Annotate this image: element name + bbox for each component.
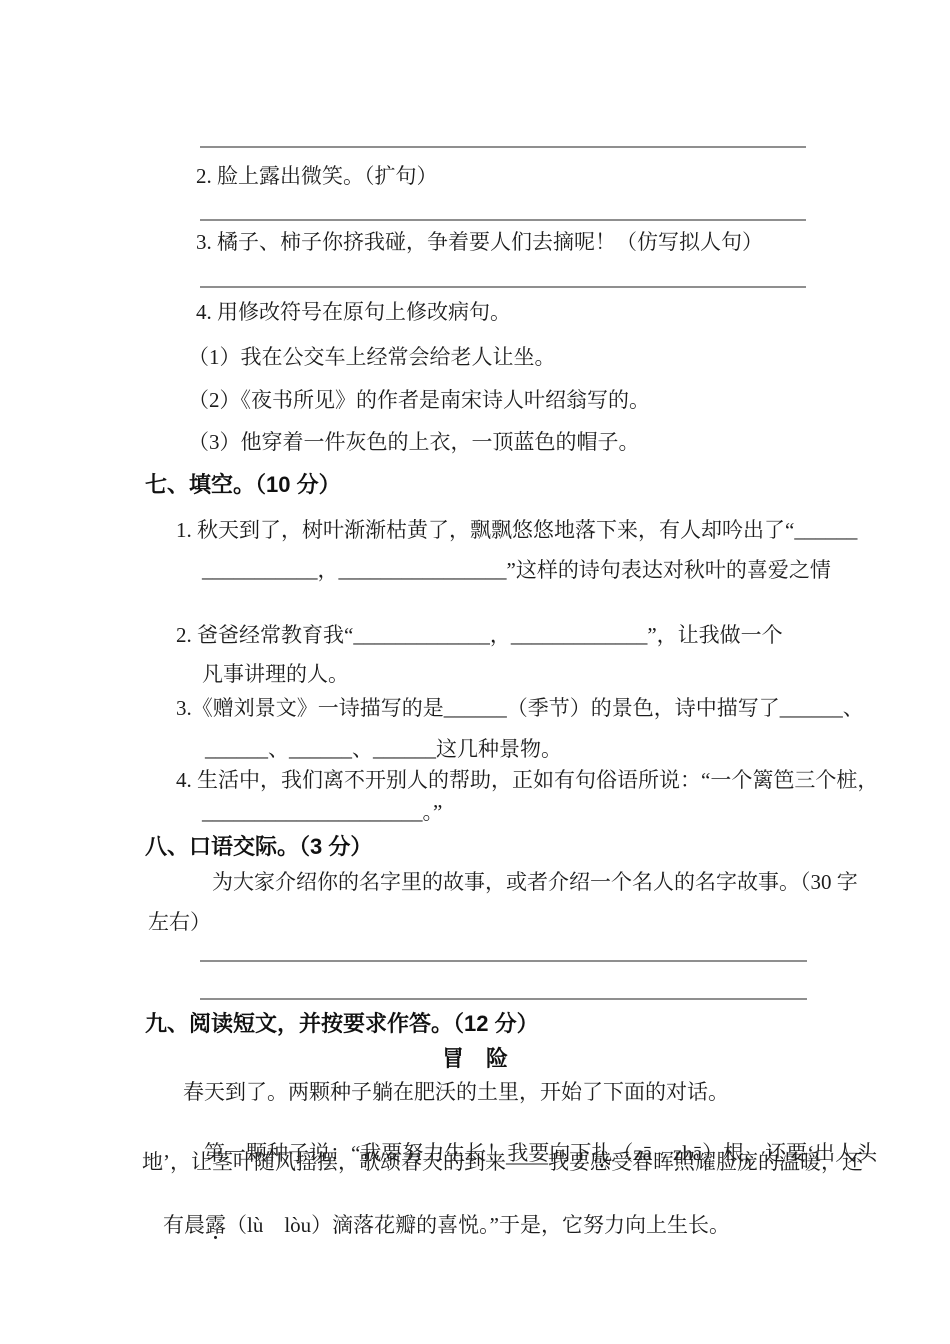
s7-item4-line1: 4. 生活中，我们离不开别人的帮助，正如有句俗语所说：“一个篱笆三个桩， [176, 767, 878, 793]
question-2-expand-sentence: 2. 脸上露出微笑。（扩句） [196, 163, 438, 189]
s7-item2-line2: 凡事讲理的人。 [202, 661, 349, 687]
answer-line [200, 146, 806, 148]
answer-line [200, 286, 806, 288]
s7-item4-line2: _____________________。” [202, 799, 442, 825]
answer-line [200, 998, 807, 1000]
s7-item2-line1: 2. 爸爸经常教育我“_____________，_____________”，… [176, 622, 783, 648]
p2-l3-pinyin-and-text: （lù lòu）滴落花瓣的喜悦。”于是，它努力向上生长。 [226, 1213, 730, 1237]
answer-line [200, 960, 807, 962]
passage-title: 冒 险 [0, 1046, 950, 1072]
exam-paper-page: 2. 脸上露出微笑。（扩句） 3. 橘子、柿子你挤我碰，争着要人们去摘呢！（仿写… [0, 0, 950, 1344]
question-4-sub-2: （2）《夜书所见》的作者是南宋诗人叶绍翁写的。 [188, 387, 650, 413]
section-7-heading: 七、填空。（10 分） [145, 472, 341, 498]
p2-l3-emphasized-char: 露 [205, 1212, 226, 1238]
s8-paragraph-line2: 左右） [148, 909, 211, 935]
s7-item3-line1: 3.《赠刘景文》一诗描写的是______（季节）的景色，诗中描写了______、 [176, 695, 864, 721]
s8-paragraph-line1: 为大家介绍你的名字里的故事，或者介绍一个名人的名字故事。（30 字 [212, 869, 858, 895]
s7-item1-line1: 1. 秋天到了，树叶渐渐枯黄了，飘飘悠悠地落下来，有人却吟出了“______ [176, 517, 857, 543]
question-4-correct-sentences: 4. 用修改符号在原句上修改病句。 [196, 299, 511, 325]
question-3-personification: 3. 橘子、柿子你挤我碰，争着要人们去摘呢！（仿写拟人句） [196, 229, 763, 255]
s7-item3-line2: ______、______、______这几种景物。 [205, 736, 562, 762]
question-4-sub-1: （1）我在公交车上经常会给老人让坐。 [188, 344, 556, 370]
passage-paragraph-1: 春天到了。两颗种子躺在肥沃的土里，开始了下面的对话。 [183, 1079, 729, 1105]
section-9-heading: 九、阅读短文，并按要求作答。（12 分） [145, 1011, 539, 1037]
passage-paragraph-2-line3: 有晨露（lù lòu）滴落花瓣的喜悦。”于是，它努力向上生长。 [142, 1186, 730, 1265]
section-8-heading: 八、口语交际。（3 分） [145, 834, 372, 860]
p2-l3-text: 有晨 [163, 1213, 205, 1237]
question-4-sub-3: （3）他穿着一件灰色的上衣，一顶蓝色的帽子。 [188, 429, 640, 455]
answer-line [200, 219, 806, 221]
s7-item1-line2: ___________，________________”这样的诗句表达对秋叶的… [202, 557, 831, 583]
passage-paragraph-2-line2: 地’，让茎叶随风摇摆，歌颂春天的到来——我要感受春晖照耀脸庞的温暖，还 [142, 1149, 863, 1175]
